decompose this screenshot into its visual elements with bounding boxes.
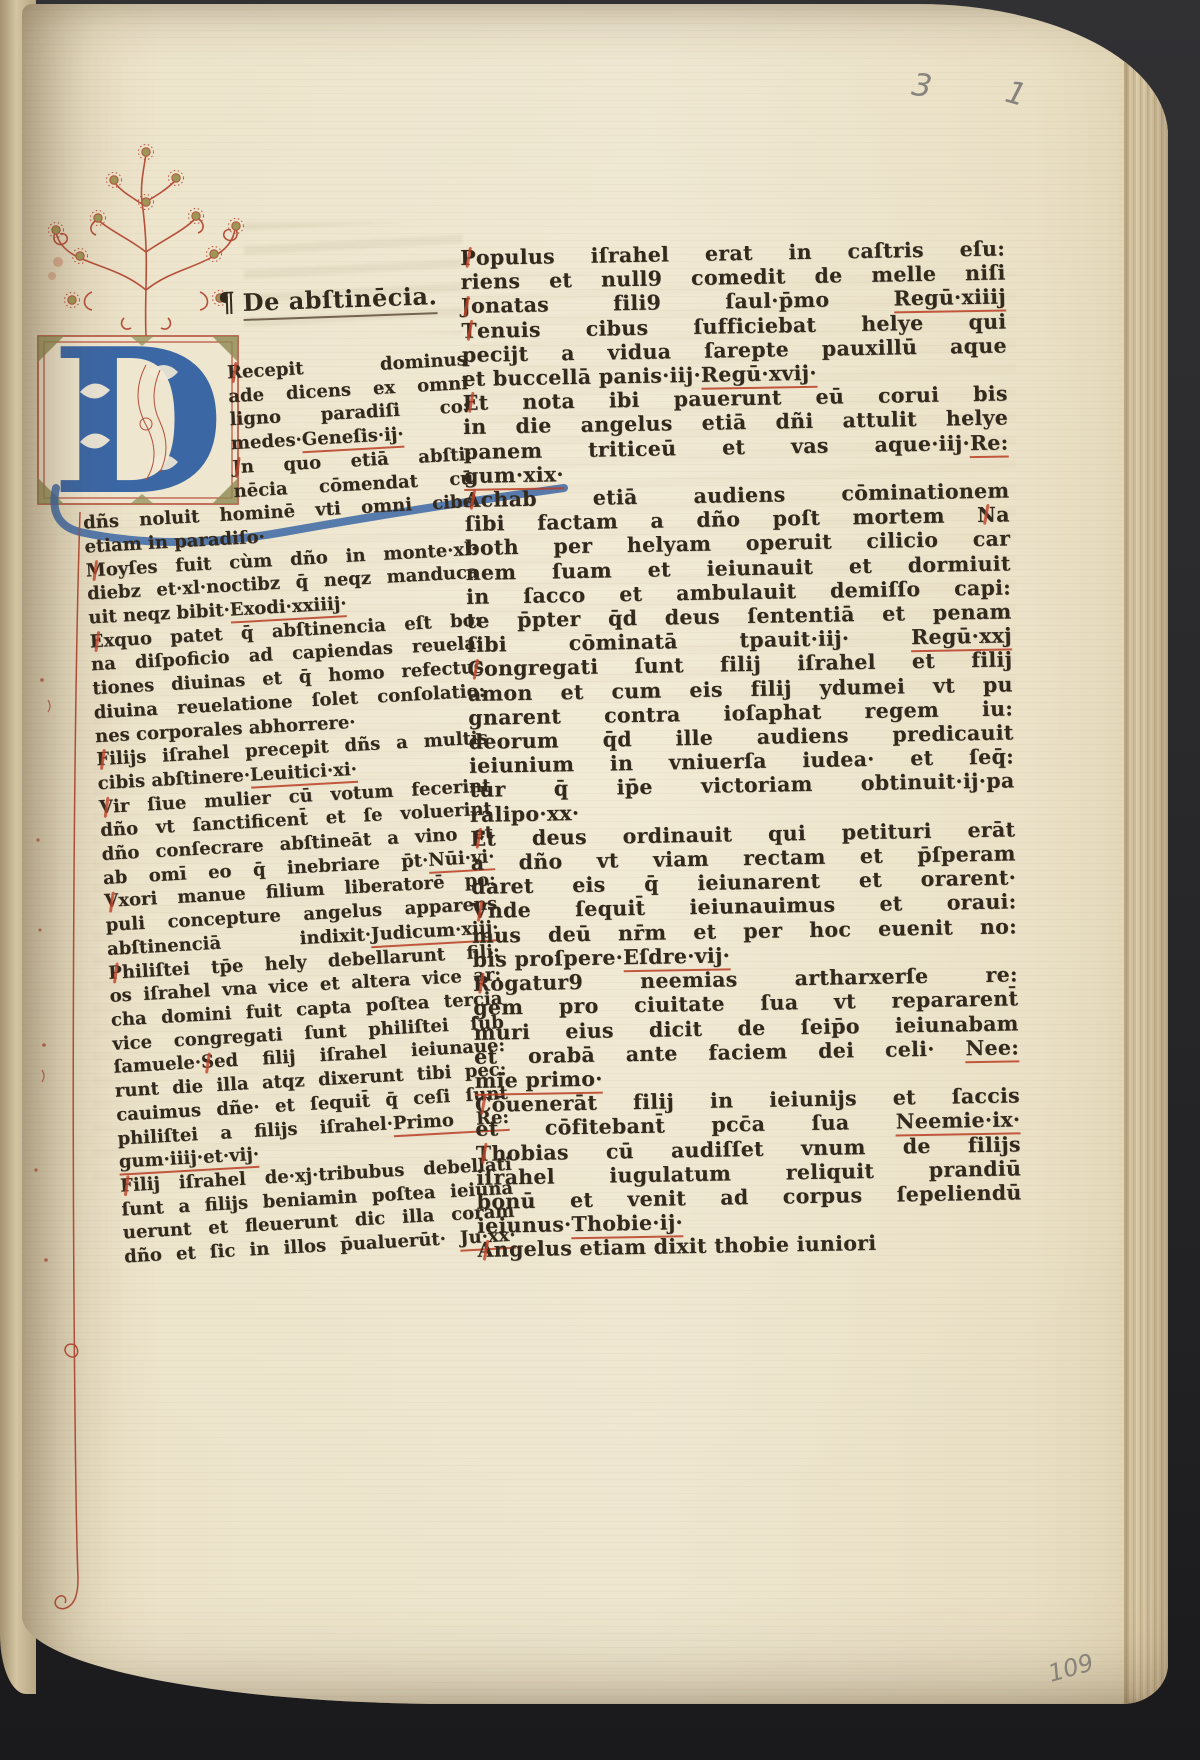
rubricated-capital: C	[475, 1093, 492, 1117]
text-run: ſamuele·	[113, 1052, 202, 1078]
rubricated-capital: J	[232, 456, 242, 480]
rubricated-capital: P	[108, 961, 123, 985]
margin-flourish-line	[55, 512, 80, 1609]
citation: Re:	[970, 430, 1009, 458]
rubricated-capital: R	[226, 361, 242, 386]
text-run: bis proſpere·	[472, 945, 623, 972]
text-run: ieiunus·	[477, 1212, 572, 1238]
citation: Nee:	[965, 1035, 1019, 1063]
pilcrow-mark: ¶	[218, 287, 237, 319]
rubricated-capital: C	[467, 657, 484, 681]
rubricated-capital: S	[200, 1051, 214, 1075]
rubricated-capital: A	[464, 488, 481, 512]
rubricated-capital: R	[473, 972, 491, 997]
margin-pen-marks	[34, 678, 50, 1262]
rubricated-capital: F	[96, 748, 110, 772]
chapter-heading: ¶De abſtinēcia.	[218, 280, 438, 319]
pencil-page-number: 109	[1045, 1648, 1097, 1688]
rubricated-capital: V	[98, 795, 113, 819]
right-column: Populus iſrahel erat in caſtris eſu:rien…	[460, 236, 1023, 1262]
rubricated-capital: V	[104, 890, 119, 914]
rubricated-capital: J	[461, 294, 471, 318]
text-run: medes·	[230, 429, 302, 454]
text-run: ralipo·xx·	[470, 801, 580, 827]
rubricated-capital: F	[120, 1174, 134, 1198]
rubricated-capital: N	[977, 503, 996, 528]
left-column: Recepit dominusade dicens ex omniligno p…	[75, 348, 517, 1269]
rubricated-capital: T	[476, 1141, 492, 1165]
rubricated-capital: M	[85, 558, 106, 583]
pencil-folio-number: 3	[910, 67, 935, 105]
rubricated-capital: E	[89, 629, 104, 653]
pencil-folio-number: 1	[1001, 74, 1030, 114]
chapter-heading-text: De abſtinēcia.	[242, 281, 438, 321]
rubricated-capital: E	[470, 827, 486, 851]
rubricated-capital: V	[471, 899, 488, 923]
fore-edge-page-stack	[1124, 4, 1168, 1704]
rubricated-capital: P	[460, 246, 476, 270]
rubricated-capital: E	[463, 391, 479, 415]
rubricated-capital: T	[461, 318, 477, 342]
rubricated-capital: A	[477, 1238, 494, 1262]
manuscript-page: D	[22, 4, 1168, 1704]
text-run: a	[996, 503, 1010, 527]
photographed-book-spread: D	[0, 0, 1200, 1760]
